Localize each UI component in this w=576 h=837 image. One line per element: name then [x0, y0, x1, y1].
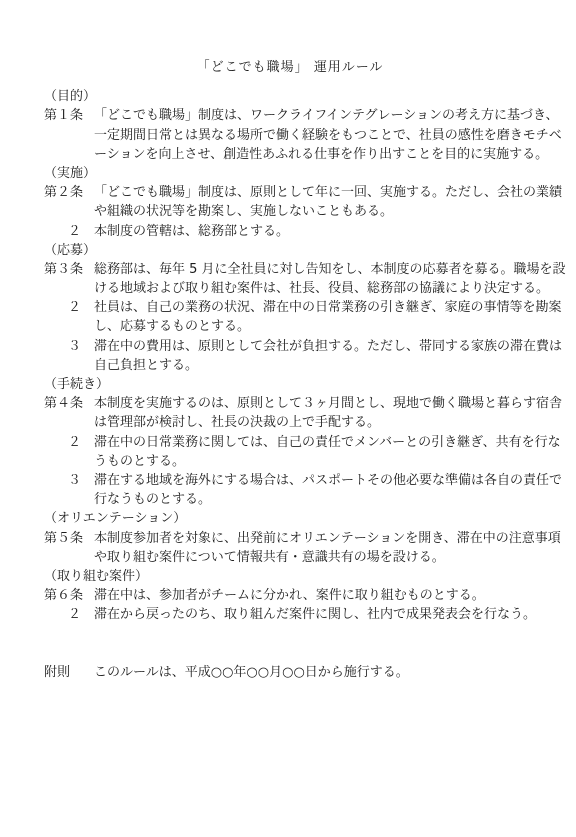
sub-item-number: ３	[68, 471, 94, 490]
blank-line	[44, 624, 536, 643]
article-line: 第５条本制度参加者を対象に、出発前にオリエンテーションを開き、滞在中の注意事項	[44, 529, 536, 548]
article-number: 第３条	[44, 260, 94, 279]
sub-item-number: ２	[68, 298, 94, 317]
sub-item-text: 滞在中の費用は、原則として会社が負担する。ただし、帯同する家族の滞在費は	[94, 337, 562, 356]
sub-item-text: 社員は、自己の業務の状況、滞在中の日常業務の引き継ぎ、家庭の事情等を勘案	[94, 298, 561, 317]
continuation-line: 一定期間日常とは異なる場所で働く経験をもつことで、社員の感性を磨きモチベ	[44, 126, 536, 145]
section-heading: （実施）	[44, 164, 536, 183]
section-heading: （手続き）	[44, 375, 536, 394]
article-line: 附則このルールは、平成○○年○○月○○日から施行する。	[44, 663, 536, 682]
blank-line	[44, 644, 536, 663]
continuation-line: ける地域および取り組む案件は、社長、役員、総務部の協議により決定する。	[44, 279, 536, 298]
article-text: 滞在中は、参加者がチームに分かれ、案件に取り組むものとする。	[94, 586, 536, 605]
article-number: 第２条	[44, 183, 94, 202]
sub-item-text: 本制度の管轄は、総務部とする。	[94, 222, 536, 241]
sub-item-text: 滞在から戻ったのち、取り組んだ案件に関し、社内で成果発表会を行なう。	[94, 605, 536, 624]
sub-item-line: ２本制度の管轄は、総務部とする。	[44, 222, 536, 241]
article-text: 「どこでも職場」制度は、ワークライフインテグレーションの考え方に基づき、	[94, 106, 559, 125]
section-heading: （取り組む案件）	[44, 567, 536, 586]
article-line: 第６条滞在中は、参加者がチームに分かれ、案件に取り組むものとする。	[44, 586, 536, 605]
article-line: 第２条「どこでも職場」制度は、原則として年に一回、実施する。ただし、会社の業績	[44, 183, 536, 202]
sub-item-number: ３	[68, 337, 94, 356]
article-text: 総務部は、毎年 5 月に全社員に対し告知をし、本制度の応募者を募る。職場を設	[94, 260, 566, 279]
article-number: 第４条	[44, 394, 94, 413]
article-line: 第３条総務部は、毎年 5 月に全社員に対し告知をし、本制度の応募者を募る。職場を…	[44, 260, 536, 279]
continuation-line: 行なうものとする。	[44, 490, 536, 509]
sub-item-text: 滞在中の日常業務に関しては、自己の責任でメンバーとの引き継ぎ、共有を行な	[94, 433, 561, 452]
document-body: （目的）第１条「どこでも職場」制度は、ワークライフインテグレーションの考え方に基…	[44, 87, 536, 682]
continuation-line: し、応募するものとする。	[44, 317, 536, 336]
document-page: 「どこでも職場」 運用ルール （目的）第１条「どこでも職場」制度は、ワークライフ…	[0, 0, 576, 837]
section-heading: （オリエンテーション）	[44, 509, 536, 528]
sub-item-text: 滞在する地域を海外にする場合は、パスポートその他必要な準備は各自の責任で	[94, 471, 562, 490]
sub-item-number: ２	[68, 433, 94, 452]
article-text: 「どこでも職場」制度は、原則として年に一回、実施する。ただし、会社の業績	[94, 183, 562, 202]
continuation-line: や組織の状況等を勘案し、実施しないこともある。	[44, 202, 536, 221]
sub-item-line: ３滞在中の費用は、原則として会社が負担する。ただし、帯同する家族の滞在費は	[44, 337, 536, 356]
continuation-line: や取り組む案件について情報共有・意識共有の場を設ける。	[44, 548, 536, 567]
sub-item-line: ２社員は、自己の業務の状況、滞在中の日常業務の引き継ぎ、家庭の事情等を勘案	[44, 298, 536, 317]
article-text: 本制度参加者を対象に、出発前にオリエンテーションを開き、滞在中の注意事項	[94, 529, 561, 548]
sub-item-number: ２	[68, 222, 94, 241]
article-number: 第５条	[44, 529, 94, 548]
article-number: 第１条	[44, 106, 94, 125]
sub-item-line: ３滞在する地域を海外にする場合は、パスポートその他必要な準備は各自の責任で	[44, 471, 536, 490]
article-line: 第４条本制度を実施するのは、原則として３ヶ月間とし、現地で働く職場と暮らす宿舎	[44, 394, 536, 413]
continuation-line: 自己負担とする。	[44, 356, 536, 375]
article-number: 附則	[44, 663, 94, 682]
article-text: このルールは、平成○○年○○月○○日から施行する。	[94, 663, 536, 682]
sub-item-line: ２滞在から戻ったのち、取り組んだ案件に関し、社内で成果発表会を行なう。	[44, 605, 536, 624]
article-line: 第１条「どこでも職場」制度は、ワークライフインテグレーションの考え方に基づき、	[44, 106, 536, 125]
section-heading: （目的）	[44, 87, 536, 106]
sub-item-number: ２	[68, 605, 94, 624]
document-title: 「どこでも職場」 運用ルール	[44, 58, 536, 77]
continuation-line: うものとする。	[44, 452, 536, 471]
sub-item-line: ２滞在中の日常業務に関しては、自己の責任でメンバーとの引き継ぎ、共有を行な	[44, 433, 536, 452]
section-heading: （応募）	[44, 241, 536, 260]
article-number: 第６条	[44, 586, 94, 605]
continuation-line: ーションを向上させ、創造性あふれる仕事を作り出すことを目的に実施する。	[44, 145, 536, 164]
article-text: 本制度を実施するのは、原則として３ヶ月間とし、現地で働く職場と暮らす宿舎	[94, 394, 562, 413]
continuation-line: は管理部が検討し、社長の決裁の上で手配する。	[44, 413, 536, 432]
